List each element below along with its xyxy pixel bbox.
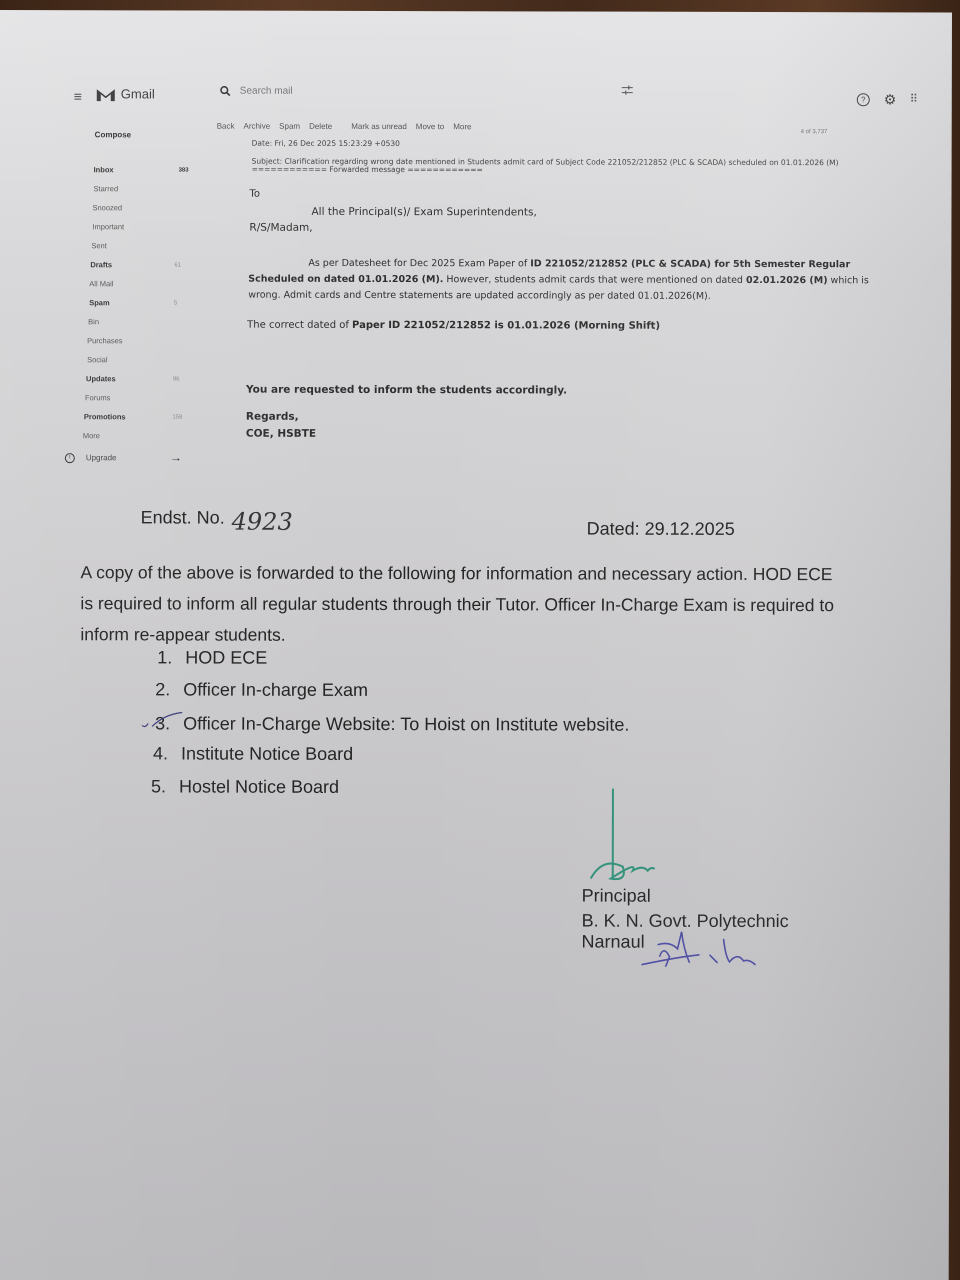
sidebar-item-all-mail[interactable]: All Mail bbox=[89, 279, 113, 288]
item-text: Officer In-Charge Website: To Hoist on I… bbox=[183, 713, 629, 734]
sidebar-item-bin[interactable]: Bin bbox=[88, 317, 99, 326]
distribution-item: 5.Hostel Notice Board bbox=[151, 776, 339, 797]
upgrade-link[interactable]: Upgrade bbox=[86, 453, 117, 462]
sidebar-count-promotions: 158 bbox=[172, 414, 182, 420]
item-number: 2. bbox=[155, 679, 183, 700]
settings-gear-icon[interactable]: ⚙ bbox=[884, 91, 897, 108]
signatory-place: Narnaul bbox=[582, 932, 645, 953]
message-pager: 4 of 3,737 bbox=[801, 129, 828, 135]
regards: Regards, bbox=[246, 411, 299, 423]
spam-button[interactable]: Spam bbox=[279, 122, 300, 131]
distribution-item: 4.Institute Notice Board bbox=[153, 743, 353, 765]
tick-mark-icon bbox=[140, 710, 190, 732]
search-icon[interactable] bbox=[220, 86, 231, 100]
sidebar-item-spam[interactable]: Spam bbox=[89, 298, 109, 307]
item-text: Hostel Notice Board bbox=[179, 776, 339, 796]
arrow-right-icon[interactable]: → bbox=[170, 450, 182, 464]
help-icon[interactable]: ? bbox=[857, 93, 870, 106]
signatory-title: Principal bbox=[582, 886, 651, 907]
email-date: Date: Fri, 26 Dec 2025 15:23:29 +0530 bbox=[252, 139, 400, 148]
distribution-item: 1.HOD ECE bbox=[157, 647, 267, 668]
search-options-icon[interactable] bbox=[621, 85, 634, 100]
sidebar-count-inbox: 383 bbox=[179, 167, 189, 173]
initials-signature bbox=[639, 927, 764, 972]
distribution-item: 2.Officer In-charge Exam bbox=[155, 679, 368, 701]
search-input[interactable] bbox=[240, 86, 540, 98]
sidebar-item-more[interactable]: More bbox=[83, 431, 100, 440]
move-to-button[interactable]: Move to bbox=[416, 122, 444, 131]
email-paragraph-2: The correct dated of Paper ID 221052/212… bbox=[247, 320, 660, 332]
distribution-item: 3.Officer In-Charge Website: To Hoist on… bbox=[155, 713, 629, 735]
mark-unread-button[interactable]: Mark as unread bbox=[351, 122, 407, 131]
sidebar-item-snoozed[interactable]: Snoozed bbox=[92, 203, 122, 212]
sidebar-item-promotions[interactable]: Promotions bbox=[84, 412, 126, 421]
sidebar-item-inbox[interactable]: Inbox bbox=[94, 165, 114, 174]
back-button[interactable]: Back bbox=[217, 122, 235, 131]
dated-label: Dated: bbox=[587, 519, 640, 540]
item-text: HOD ECE bbox=[185, 647, 267, 667]
sidebar-count-drafts: 61 bbox=[174, 262, 181, 268]
principal-signature bbox=[583, 787, 673, 892]
salutation: R/S/Madam, bbox=[249, 222, 312, 234]
app-name: Gmail bbox=[121, 86, 155, 101]
upgrade-icon: ! bbox=[65, 453, 75, 463]
email-paragraph-1: As per Datesheet for Dec 2025 Exam Paper… bbox=[248, 256, 869, 306]
endst-label: Endst. No. bbox=[141, 507, 225, 528]
sidebar-item-drafts[interactable]: Drafts bbox=[90, 260, 112, 269]
more-button[interactable]: More bbox=[453, 122, 471, 131]
request-line: You are requested to inform the students… bbox=[246, 384, 567, 397]
printed-document: ≡ Gmail ? ⚙ ⠿ Back Archive Spam Delete M… bbox=[0, 10, 952, 1280]
sidebar-item-forums[interactable]: Forums bbox=[85, 393, 110, 402]
dated-value: 29.12.2025 bbox=[645, 519, 735, 540]
item-number: 5. bbox=[151, 776, 179, 797]
archive-button[interactable]: Archive bbox=[243, 122, 270, 131]
apps-grid-icon[interactable]: ⠿ bbox=[910, 92, 917, 105]
sidebar-item-important[interactable]: Important bbox=[92, 222, 124, 231]
endst-number-handwritten: 4923 bbox=[232, 508, 293, 536]
compose-button[interactable]: Compose bbox=[95, 130, 131, 139]
item-text: Institute Notice Board bbox=[181, 743, 353, 763]
delete-button[interactable]: Delete bbox=[309, 122, 332, 131]
gmail-logo-icon bbox=[96, 87, 116, 101]
forwarding-paragraph: A copy of the above is forwarded to the … bbox=[80, 557, 834, 652]
sidebar-count-updates: 96 bbox=[173, 376, 180, 382]
forwarded-divider: ============ Forwarded message =========… bbox=[252, 165, 483, 175]
sidebar-count-spam: 5 bbox=[174, 300, 177, 306]
item-text: Officer In-charge Exam bbox=[183, 679, 368, 699]
sidebar-item-updates[interactable]: Updates bbox=[86, 374, 116, 383]
sender: COE, HSBTE bbox=[246, 428, 316, 440]
item-number: 4. bbox=[153, 743, 181, 764]
menu-icon[interactable]: ≡ bbox=[74, 88, 82, 104]
recipients: All the Principal(s)/ Exam Superintenden… bbox=[311, 206, 536, 219]
item-number: 1. bbox=[157, 647, 185, 668]
to-label: To bbox=[250, 189, 261, 200]
sidebar-item-sent[interactable]: Sent bbox=[91, 241, 106, 250]
sidebar-item-social[interactable]: Social bbox=[87, 355, 107, 364]
sidebar-item-starred[interactable]: Starred bbox=[94, 184, 119, 193]
message-toolbar: Back Archive Spam Delete Mark as unread … bbox=[217, 122, 481, 132]
sidebar-item-purchases[interactable]: Purchases bbox=[87, 336, 122, 345]
